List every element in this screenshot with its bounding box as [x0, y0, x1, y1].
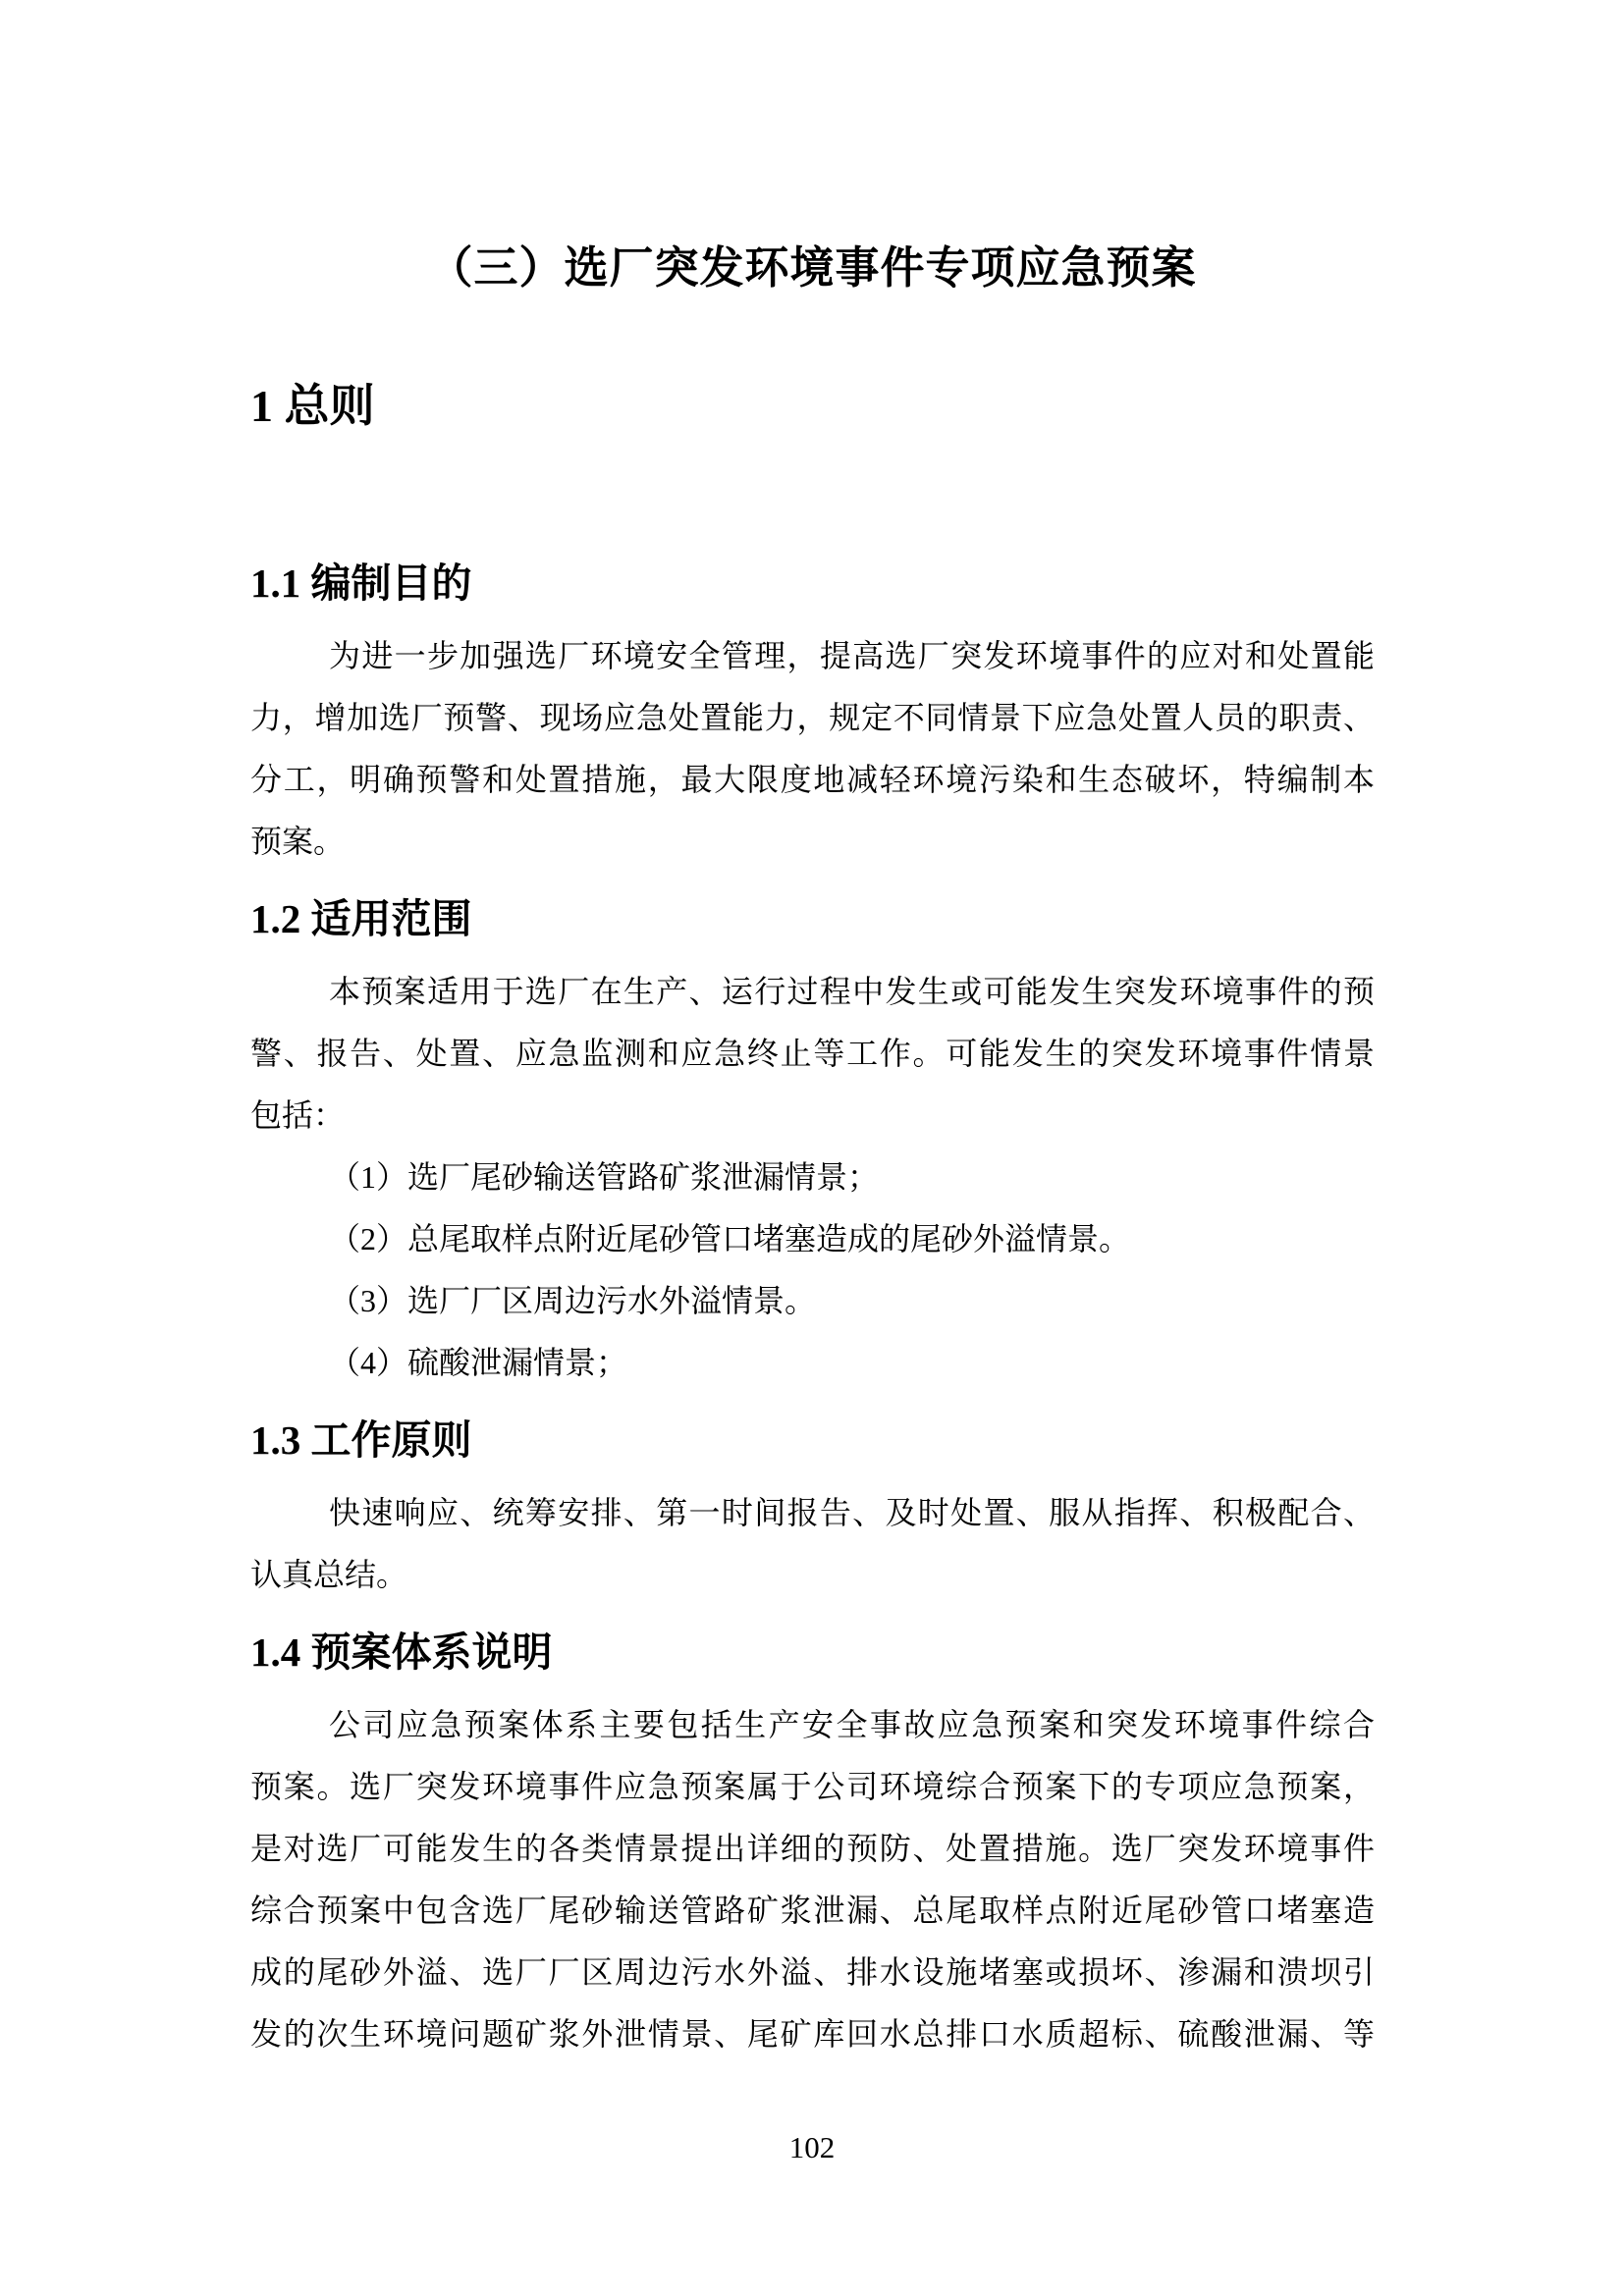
body-line: 预案。选厂突发环境事件应急预案属于公司环境综合预案下的专项应急预案，: [250, 1756, 1375, 1818]
body-line: 成的尾砂外溢、选厂厂区周边污水外溢、排水设施堵塞或损坏、渗漏和溃坝引: [250, 1942, 1375, 2003]
paragraph-purpose: 为进一步加强选厂环境安全管理，提高选厂突发环境事件的应对和处置能 力，增加选厂预…: [250, 625, 1375, 873]
list-item: （3）选厂厂区周边污水外溢情景。: [250, 1270, 1375, 1332]
body-line: 快速响应、统筹安排、第一时间报告、及时处置、服从指挥、积极配合、: [250, 1482, 1375, 1544]
scenario-list: （1）选厂尾砂输送管路矿浆泄漏情景； （2）总尾取样点附近尾砂管口堵塞造成的尾砂…: [250, 1147, 1375, 1394]
heading-1-3: 1.3 工作原则: [250, 1417, 1375, 1463]
paragraph-system: 公司应急预案体系主要包括生产安全事故应急预案和突发环境事件综合 预案。选厂突发环…: [250, 1694, 1375, 2065]
list-item: （4）硫酸泄漏情景；: [250, 1332, 1375, 1394]
heading-chapter-1: 1 总则: [250, 381, 1375, 432]
body-line: 综合预案中包含选厂尾砂输送管路矿浆泄漏、总尾取样点附近尾砂管口堵塞造: [250, 1880, 1375, 1942]
body-line: 力，增加选厂预警、现场应急处置能力，规定不同情景下应急处置人员的职责、: [250, 687, 1375, 749]
body-line: 本预案适用于选厂在生产、运行过程中发生或可能发生突发环境事件的预: [250, 961, 1375, 1023]
paragraph-scope: 本预案适用于选厂在生产、运行过程中发生或可能发生突发环境事件的预 警、报告、处置…: [250, 961, 1375, 1147]
body-line: 分工，明确预警和处置措施，最大限度地减轻环境污染和生态破坏，特编制本: [250, 749, 1375, 811]
heading-1-4: 1.4 预案体系说明: [250, 1629, 1375, 1675]
body-line: 警、报告、处置、应急监测和应急终止等工作。可能发生的突发环境事件情景: [250, 1023, 1375, 1085]
page-number: 102: [0, 2128, 1624, 2167]
document-title: （三）选厂突发环境事件专项应急预案: [250, 239, 1375, 297]
body-line: 包括：: [250, 1085, 1375, 1147]
body-line: 发的次生环境问题矿浆外泄情景、尾矿库回水总排口水质超标、硫酸泄漏、等: [250, 2003, 1375, 2065]
list-item: （1）选厂尾砂输送管路矿浆泄漏情景；: [250, 1147, 1375, 1208]
body-line: 是对选厂可能发生的各类情景提出详细的预防、处置措施。选厂突发环境事件: [250, 1818, 1375, 1880]
body-line: 认真总结。: [250, 1544, 1375, 1606]
heading-1-1: 1.1 编制目的: [250, 561, 1375, 606]
document-page: （三）选厂突发环境事件专项应急预案 1 总则 1.1 编制目的 为进一步加强选厂…: [0, 0, 1624, 2296]
body-line: 预案。: [250, 811, 1375, 873]
paragraph-principles: 快速响应、统筹安排、第一时间报告、及时处置、服从指挥、积极配合、 认真总结。: [250, 1482, 1375, 1606]
page-content: （三）选厂突发环境事件专项应急预案 1 总则 1.1 编制目的 为进一步加强选厂…: [0, 0, 1624, 2065]
body-line: 为进一步加强选厂环境安全管理，提高选厂突发环境事件的应对和处置能: [250, 625, 1375, 687]
body-line: 公司应急预案体系主要包括生产安全事故应急预案和突发环境事件综合: [250, 1694, 1375, 1756]
heading-1-2: 1.2 适用范围: [250, 896, 1375, 941]
list-item: （2）总尾取样点附近尾砂管口堵塞造成的尾砂外溢情景。: [250, 1208, 1375, 1270]
